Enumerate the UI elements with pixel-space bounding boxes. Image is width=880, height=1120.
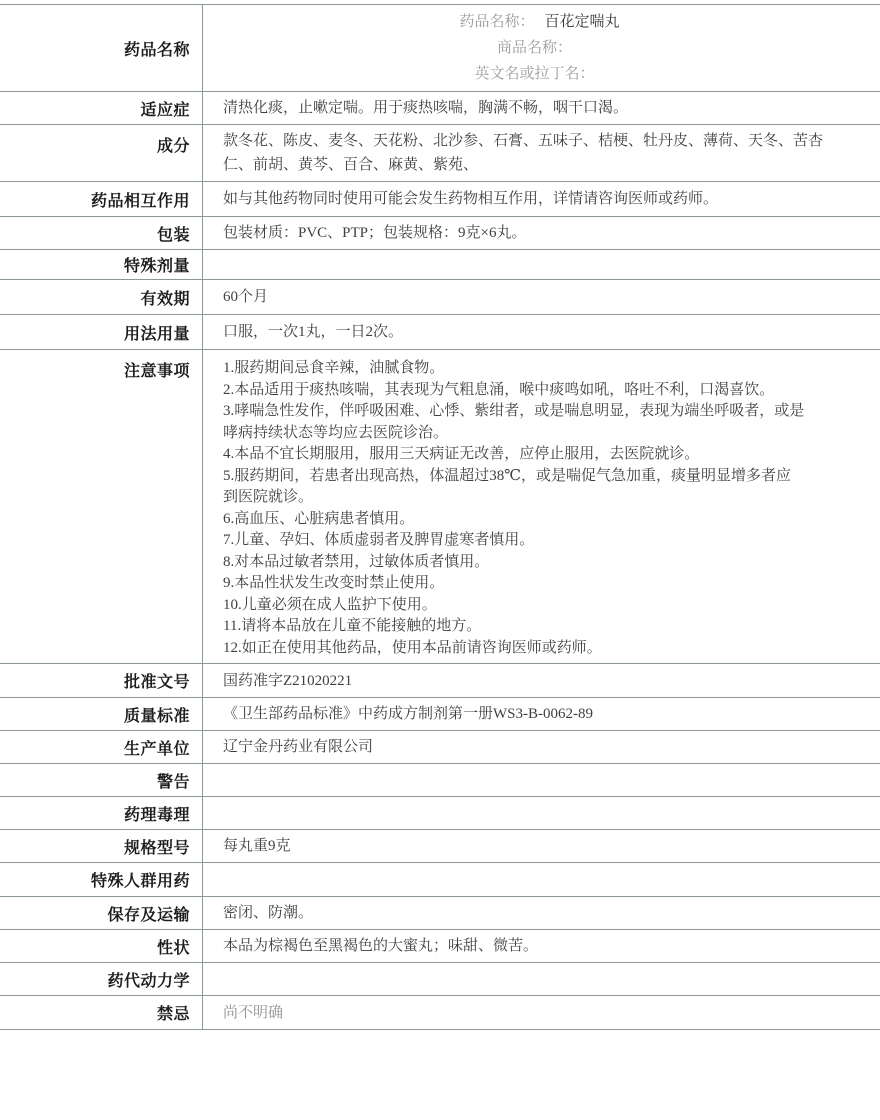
- shelf-life-label: 有效期: [0, 280, 203, 314]
- quality-standard-label: 质量标准: [0, 698, 203, 730]
- row-contraindications: 禁忌 尚不明确: [0, 996, 880, 1029]
- manufacturer-label: 生产单位: [0, 731, 203, 763]
- row-special-dosage: 特殊剂量: [0, 250, 880, 280]
- pharmacology-toxicology-label: 药理毒理: [0, 797, 203, 829]
- pharmacology-toxicology-value: [203, 797, 880, 829]
- generic-name-value: 百花定喘丸: [535, 14, 620, 30]
- row-usage-dosage: 用法用量 口服，一次1丸，一日2次。: [0, 315, 880, 350]
- approval-number-label: 批准文号: [0, 664, 203, 697]
- character-value: 本品为棕褐色至黑褐色的大蜜丸；味甜、微苦。: [203, 930, 880, 962]
- drug-info-table: 药品名称 药品名称：百花定喘丸 商品名称： 英文名或拉丁名： 适应症 清热化痰，…: [0, 4, 880, 1030]
- precautions-label: 注意事项: [0, 350, 203, 663]
- row-specification: 规格型号 每丸重9克: [0, 830, 880, 863]
- character-label: 性状: [0, 930, 203, 962]
- indication-label: 适应症: [0, 92, 203, 124]
- storage-transport-label: 保存及运输: [0, 897, 203, 929]
- row-precautions: 注意事项 1.服药期间忌食辛辣，油腻食物。 2.本品适用于痰热咳喘，其表现为气粗…: [0, 350, 880, 664]
- quality-standard-value: 《卫生部药品标准》中药成方制剂第一册WS3-B-0062-89: [203, 698, 880, 730]
- precautions-value: 1.服药期间忌食辛辣，油腻食物。 2.本品适用于痰热咳喘，其表现为气粗息涌，喉中…: [203, 350, 880, 663]
- usage-dosage-label: 用法用量: [0, 315, 203, 349]
- usage-dosage-value: 口服，一次1丸，一日2次。: [203, 315, 880, 349]
- row-character: 性状 本品为棕褐色至黑褐色的大蜜丸；味甜、微苦。: [0, 930, 880, 963]
- ingredients-value: 款冬花、陈皮、麦冬、天花粉、北沙参、石膏、五味子、桔梗、牡丹皮、薄荷、天冬、苦杏…: [203, 125, 880, 181]
- row-approval-number: 批准文号 国药准字Z21020221: [0, 664, 880, 698]
- drug-name-fields: 药品名称：百花定喘丸 商品名称： 英文名或拉丁名：: [203, 5, 880, 91]
- ingredients-label: 成分: [0, 125, 203, 181]
- row-quality-standard: 质量标准 《卫生部药品标准》中药成方制剂第一册WS3-B-0062-89: [0, 698, 880, 731]
- row-special-populations: 特殊人群用药: [0, 863, 880, 897]
- row-pharmacokinetics: 药代动力学: [0, 963, 880, 996]
- trade-name-label: 商品名称：: [497, 40, 572, 56]
- special-populations-value: [203, 863, 880, 896]
- special-populations-label: 特殊人群用药: [0, 863, 203, 896]
- warning-label: 警告: [0, 764, 203, 796]
- storage-transport-value: 密闭、防潮。: [203, 897, 880, 929]
- row-packaging: 包装 包装材质：PVC、PTP；包装规格：9克×6丸。: [0, 217, 880, 250]
- row-warning: 警告: [0, 764, 880, 797]
- english-name-value: [595, 66, 605, 82]
- row-manufacturer: 生产单位 辽宁金丹药业有限公司: [0, 731, 880, 764]
- contraindications-value: 尚不明确: [203, 996, 880, 1029]
- drug-name-row-label: 药品名称: [0, 5, 203, 91]
- manufacturer-value: 辽宁金丹药业有限公司: [203, 731, 880, 763]
- packaging-value: 包装材质：PVC、PTP；包装规格：9克×6丸。: [203, 217, 880, 249]
- specification-value: 每丸重9克: [203, 830, 880, 862]
- special-dosage-value: [203, 250, 880, 279]
- english-name-label: 英文名或拉丁名：: [474, 66, 594, 82]
- approval-number-value: 国药准字Z21020221: [203, 664, 880, 697]
- trade-name-line: 商品名称：: [497, 35, 582, 61]
- interactions-label: 药品相互作用: [0, 182, 203, 216]
- generic-name-line: 药品名称：百花定喘丸: [459, 9, 619, 35]
- english-name-line: 英文名或拉丁名：: [474, 61, 604, 87]
- row-indication: 适应症 清热化痰，止嗽定喘。用于痰热咳喘，胸满不畅，咽干口渴。: [0, 92, 880, 125]
- row-shelf-life: 有效期 60个月: [0, 280, 880, 315]
- row-ingredients: 成分 款冬花、陈皮、麦冬、天花粉、北沙参、石膏、五味子、桔梗、牡丹皮、薄荷、天冬…: [0, 125, 880, 182]
- row-interactions: 药品相互作用 如与其他药物同时使用可能会发生药物相互作用，详情请咨询医师或药师。: [0, 182, 880, 217]
- pharmacokinetics-value: [203, 963, 880, 995]
- special-dosage-label: 特殊剂量: [0, 250, 203, 279]
- pharmacokinetics-label: 药代动力学: [0, 963, 203, 995]
- row-pharmacology-toxicology: 药理毒理: [0, 797, 880, 830]
- generic-name-label: 药品名称：: [459, 14, 534, 30]
- interactions-value: 如与其他药物同时使用可能会发生药物相互作用，详情请咨询医师或药师。: [203, 182, 880, 216]
- shelf-life-value: 60个月: [203, 280, 880, 314]
- row-drug-name: 药品名称 药品名称：百花定喘丸 商品名称： 英文名或拉丁名：: [0, 5, 880, 92]
- warning-value: [203, 764, 880, 796]
- trade-name-value: [572, 40, 582, 56]
- packaging-label: 包装: [0, 217, 203, 249]
- row-storage-transport: 保存及运输 密闭、防潮。: [0, 897, 880, 930]
- indication-value: 清热化痰，止嗽定喘。用于痰热咳喘，胸满不畅，咽干口渴。: [203, 92, 880, 124]
- specification-label: 规格型号: [0, 830, 203, 862]
- contraindications-label: 禁忌: [0, 996, 203, 1029]
